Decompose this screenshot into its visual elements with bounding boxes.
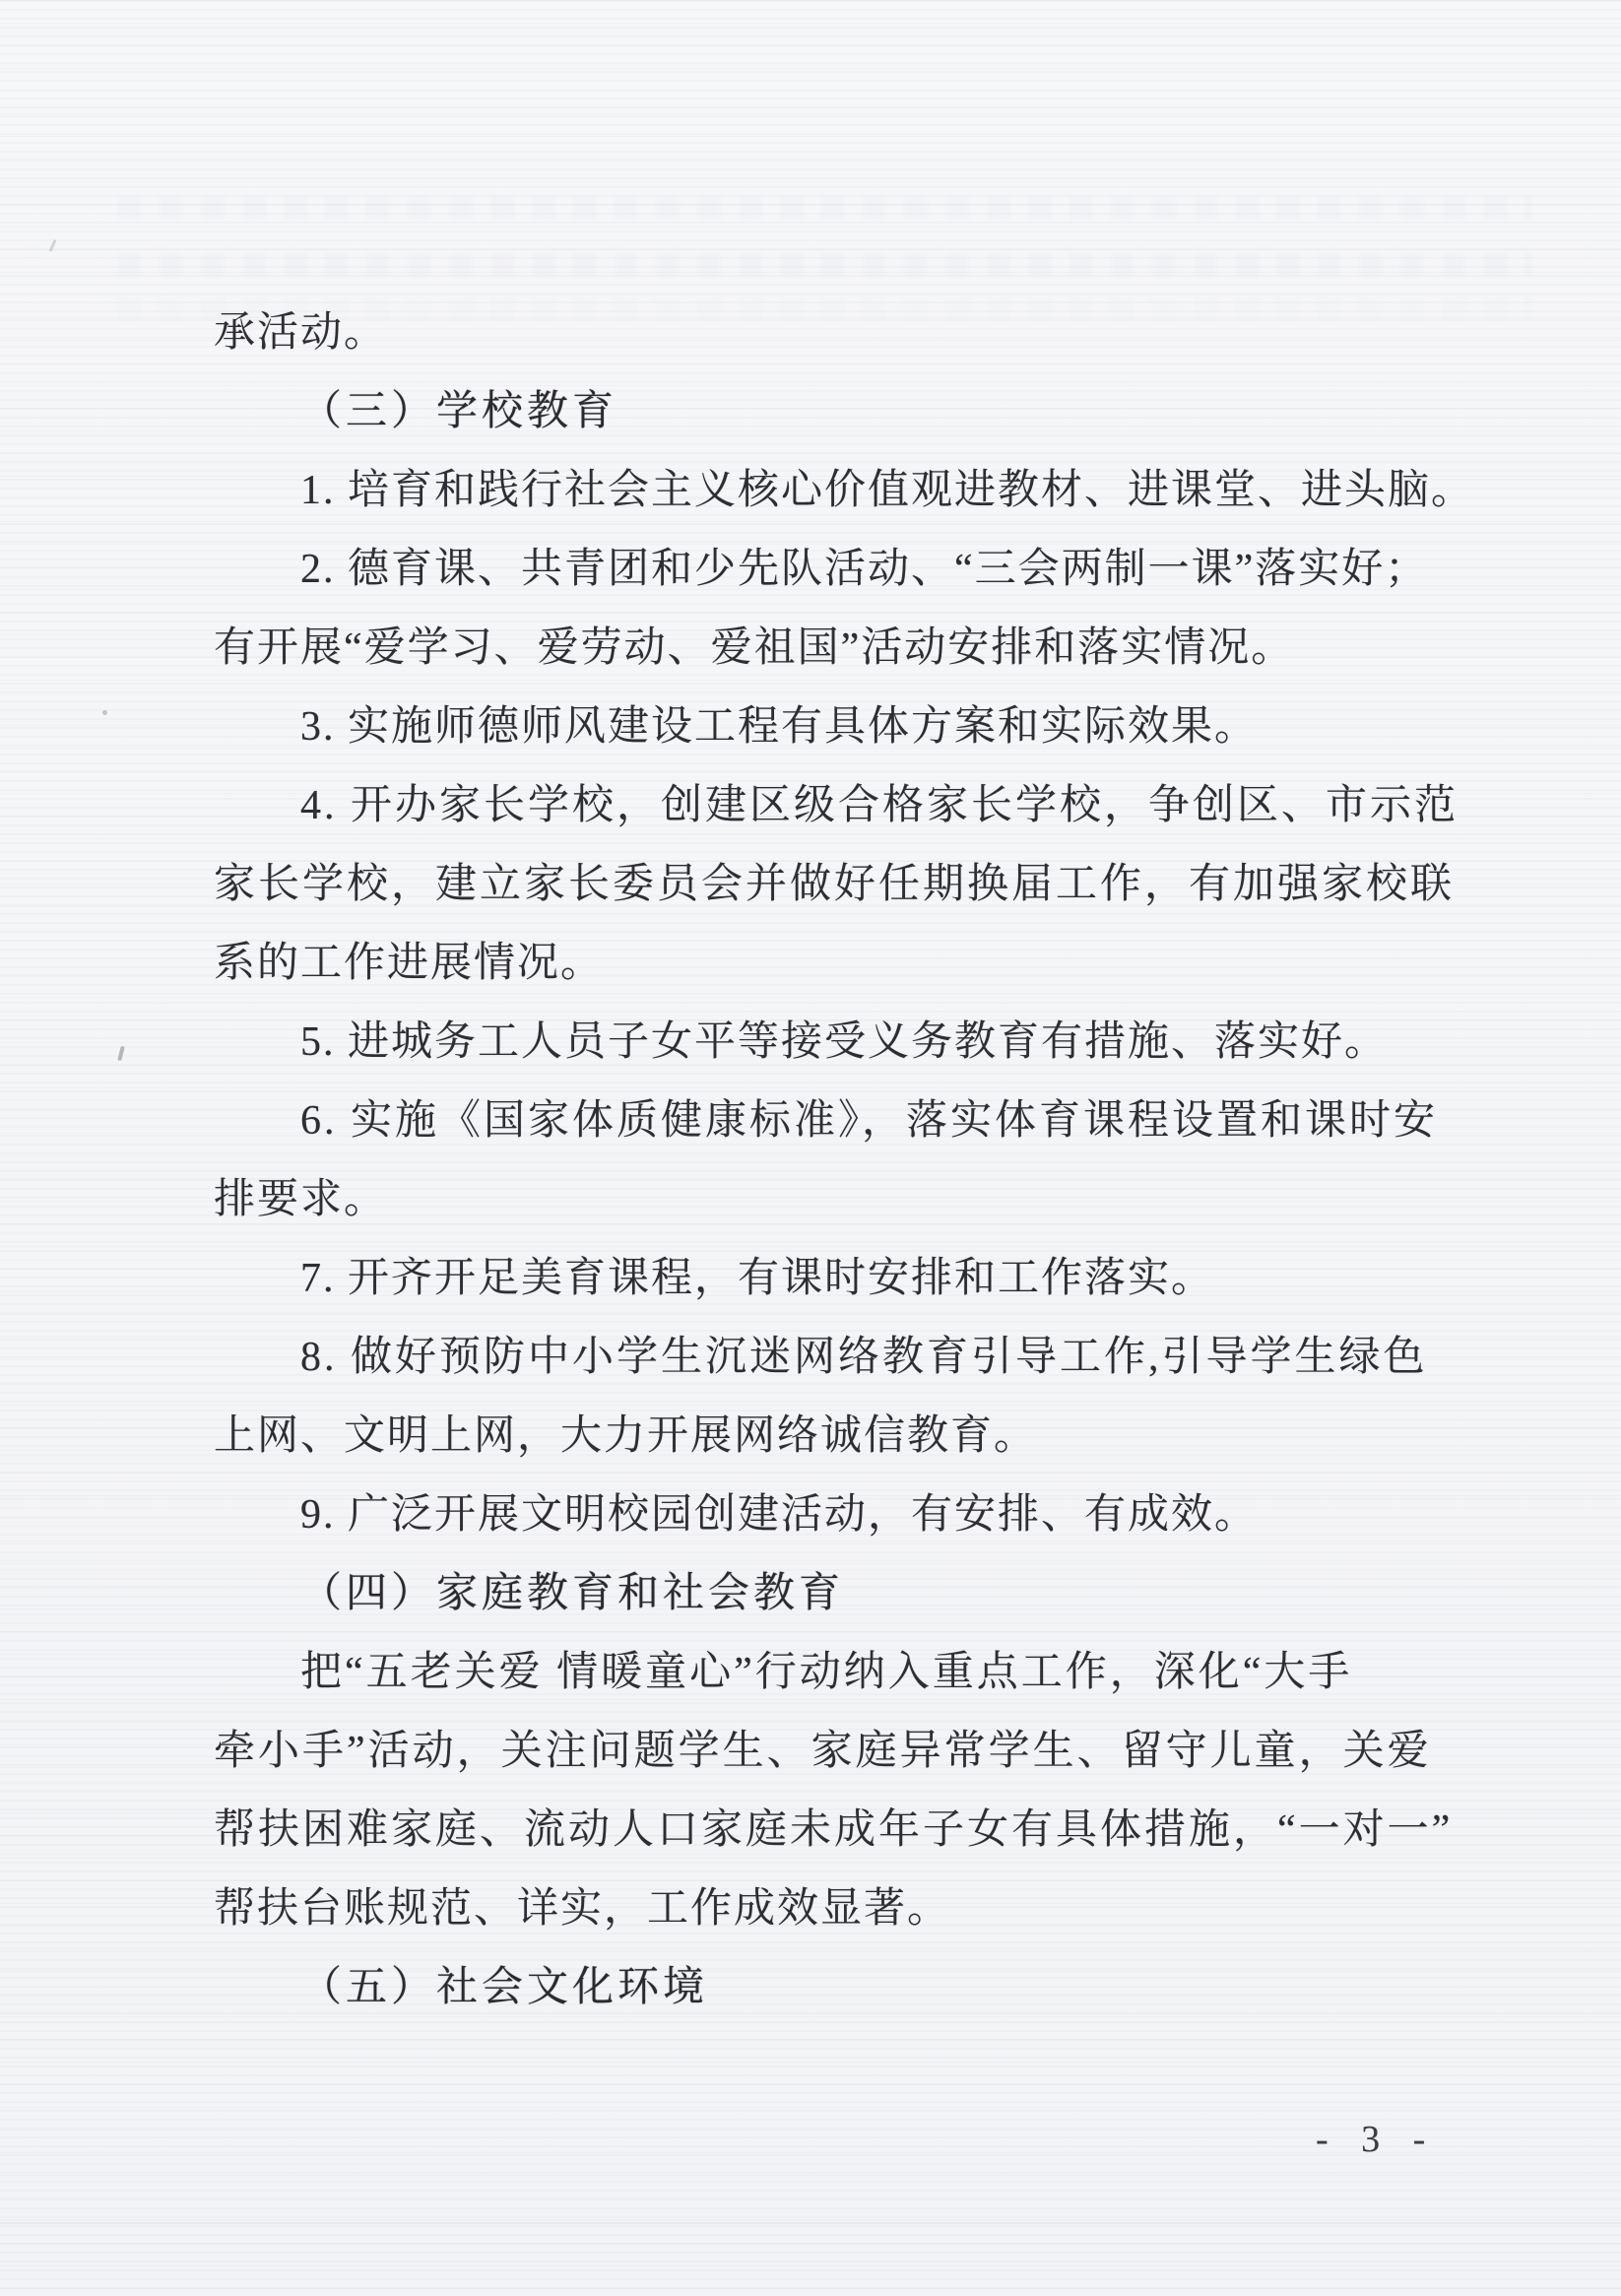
showthrough-band	[118, 195, 1532, 221]
scan-speck-artifact	[102, 710, 107, 715]
text-line: 6. 实施《国家体质健康标准》，落实体育课程设置和课时安	[214, 1098, 1522, 1144]
text-line: 7. 开齐开足美育课程，有课时安排和工作落实。	[214, 1256, 1522, 1301]
scan-mark-artifact	[48, 239, 56, 252]
text-line: 1. 培育和践行社会主义核心价值观进教材、进课堂、进头脑。	[214, 468, 1522, 513]
text-line: 帮扶困难家庭、流动人口家庭未成年子女有具体措施，“一对一”	[214, 1807, 1435, 1853]
scan-line-artifact	[0, 2222, 1621, 2224]
text-line: 排要求。	[214, 1177, 1435, 1222]
text-line: 承活动。	[214, 310, 1435, 356]
text-line: 上网、文明上网，大力开展网络诚信教育。	[214, 1413, 1435, 1459]
text-line: 系的工作进展情况。	[214, 941, 1435, 986]
page-number: - 3 -	[1316, 2118, 1437, 2161]
text-line: 4. 开办家长学校，创建区级合格家长学校，争创区、市示范	[214, 783, 1522, 828]
text-line: 5. 进城务工人员子女平等接受义务教育有措施、落实好。	[214, 1019, 1522, 1065]
text-line: 8. 做好预防中小学生沉迷网络教育引导工作,引导学生绿色	[214, 1335, 1522, 1380]
text-line: 帮扶台账规范、详实，工作成效显著。	[214, 1886, 1435, 1932]
text-line: 家长学校，建立家长委员会并做好任期换届工作，有加强家校联	[214, 862, 1435, 907]
text-line: 9. 广泛开展文明校园创建活动，有安排、有成效。	[214, 1492, 1522, 1538]
scan-tick-artifact	[117, 1046, 125, 1062]
text-line: 3. 实施师德师风建设工程有具体方案和实际效果。	[214, 704, 1522, 750]
section-heading: （三）学校教育	[214, 389, 1522, 434]
text-line: 2. 德育课、共青团和少先队活动、“三会两制一课”落实好；	[214, 547, 1522, 592]
section-heading: （五）社会文化环境	[214, 1965, 1522, 2010]
text-line: 有开展“爱学习、爱劳动、爱祖国”活动安排和落实情况。	[214, 625, 1435, 671]
scanned-document-page: 承活动。 （三）学校教育 1. 培育和践行社会主义核心价值观进教材、进课堂、进头…	[0, 0, 1621, 2296]
section-heading: （四）家庭教育和社会教育	[214, 1571, 1522, 1616]
text-line: 牵小手”活动，关注问题学生、家庭异常学生、留守儿童，关爱	[214, 1729, 1435, 1774]
text-line: 把“五老关爱 情暖童心”行动纳入重点工作，深化“大手	[214, 1650, 1522, 1695]
showthrough-band	[118, 252, 1532, 278]
